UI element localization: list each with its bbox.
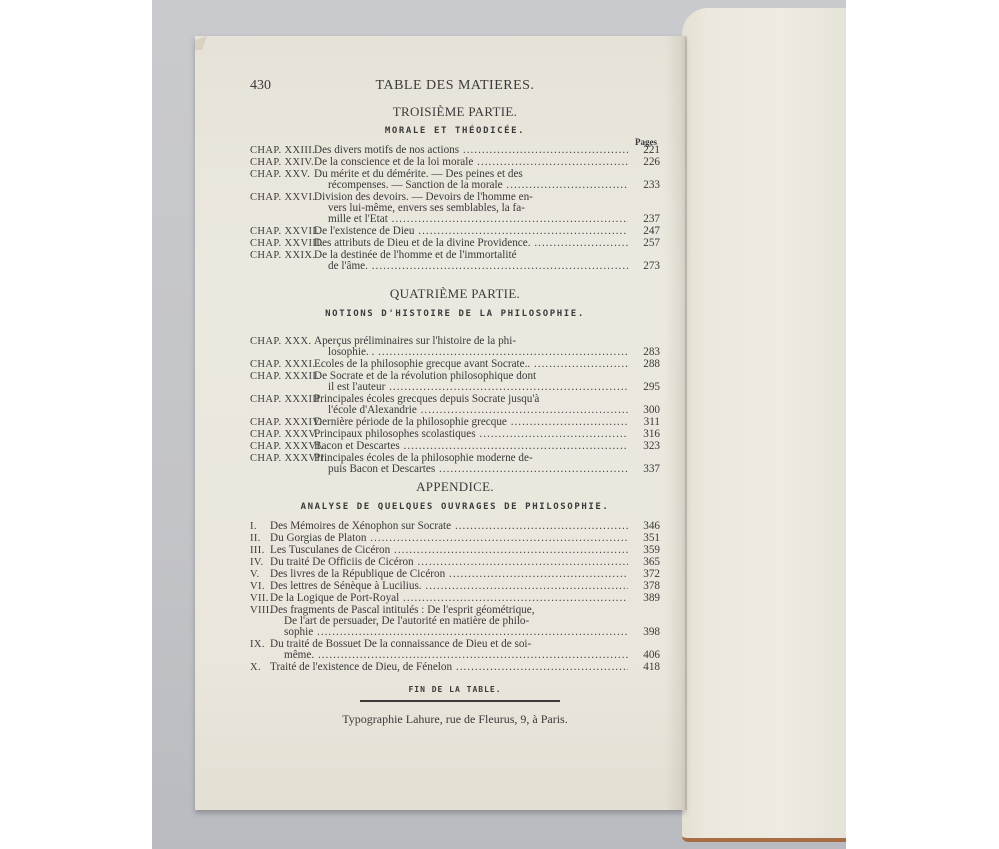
- entry-title-line: l'école d'Alexandrie: [314, 405, 628, 416]
- chapter-number: CHAP. XXXI.: [250, 359, 315, 370]
- entry-title: De la Logique de Port-Royal: [270, 593, 628, 604]
- entry-title: Division des devoirs. — Devoirs de l'hom…: [314, 192, 628, 225]
- chapter-number: III.: [250, 545, 265, 556]
- page-reference: 295: [643, 382, 660, 393]
- part-heading: QUATRIÈME PARTIE.: [250, 286, 660, 302]
- entry-title-line: Des fragments de Pascal intitulés : De l…: [270, 605, 628, 616]
- entry-title: Écoles de la philosophie grecque avant S…: [314, 359, 628, 370]
- entry-title: Traité de l'existence de Dieu, de Fénelo…: [270, 662, 628, 673]
- page-reference: 226: [643, 157, 660, 168]
- chapter-number: VI.: [250, 581, 265, 592]
- entry-title-line: De Socrate et de la révolution philosoph…: [314, 371, 628, 382]
- chapter-number: CHAP. XXXII.: [250, 371, 319, 382]
- page-reference: 359: [643, 545, 660, 556]
- entry-title: Des fragments de Pascal intitulés : De l…: [270, 605, 628, 638]
- entry-title: Principales écoles grecques depuis Socra…: [314, 394, 628, 416]
- entry-title-line: Dernière période de la philosophie grecq…: [314, 417, 628, 428]
- entry-title: Des Mémoires de Xénophon sur Socrate: [270, 521, 628, 532]
- entry-title-line: Bacon et Descartes: [314, 441, 628, 452]
- entry-title-line: De l'art de persuader, De l'autorité en …: [270, 616, 628, 627]
- entry-title-line: Principales écoles de la philosophie mod…: [314, 453, 628, 464]
- entry-title-line: Division des devoirs. — Devoirs de l'hom…: [314, 192, 628, 203]
- part-heading: TROISIÈME PARTIE.: [250, 104, 660, 120]
- chapter-number: CHAP. XXIII.: [250, 145, 315, 156]
- entry-title-line: vers lui-même, envers ses semblables, la…: [314, 203, 628, 214]
- end-of-table-note: FIN DE LA TABLE.: [250, 685, 660, 694]
- printer-colophon: Typographie Lahure, rue de Fleurus, 9, à…: [250, 712, 660, 727]
- page-reference: 418: [643, 662, 660, 673]
- entry-title: De Socrate et de la révolution philosoph…: [314, 371, 628, 393]
- chapter-number: CHAP. XXVII.: [250, 226, 319, 237]
- entry-title-line: De l'existence de Dieu: [314, 226, 628, 237]
- entry-title-line: Des livres de la République de Cicéron: [270, 569, 628, 580]
- entry-title-line: Principaux philosophes scolastiques: [314, 429, 628, 440]
- page-reference: 323: [643, 441, 660, 452]
- part-subtitle: NOTIONS D'HISTOIRE DE LA PHILOSOPHIE.: [250, 309, 660, 319]
- entry-title-line: Du traité de Bossuet De la connaissance …: [270, 639, 628, 650]
- entry-title: Principales écoles de la philosophie mod…: [314, 453, 628, 475]
- page-reference: 346: [643, 521, 660, 532]
- entry-title: Des divers motifs de nos actions: [314, 145, 628, 156]
- entry-title: Du Gorgias de Platon: [270, 533, 628, 544]
- chapter-number: V.: [250, 569, 260, 580]
- chapter-number: CHAP. XXXIV.: [250, 417, 322, 428]
- entry-title-line: récompenses. — Sanction de la morale: [314, 180, 628, 191]
- chapter-number: CHAP. XXVI.: [250, 192, 315, 203]
- book-photo: 430 TABLE DES MATIERES. TROISIÈME PARTIE…: [152, 0, 846, 849]
- page-reference: 273: [643, 261, 660, 272]
- entry-title-line: Du mérite et du démérite. — Des peines e…: [314, 169, 628, 180]
- entry-title: Des lettres de Sénèque à Lucilius.: [270, 581, 628, 592]
- entry-title-line: puis Bacon et Descartes: [314, 464, 628, 475]
- page-reference: 372: [643, 569, 660, 580]
- entry-title: De la conscience et de la loi morale: [314, 157, 628, 168]
- entry-title-line: Des attributs de Dieu et de la divine Pr…: [314, 238, 628, 249]
- entry-title-line: Aperçus préliminaires sur l'histoire de …: [314, 336, 628, 347]
- entry-title-line: Des Mémoires de Xénophon sur Socrate: [270, 521, 628, 532]
- page-reference: 247: [643, 226, 660, 237]
- entry-title: Du traité de Bossuet De la connaissance …: [270, 639, 628, 661]
- page-reference: 288: [643, 359, 660, 370]
- chapter-number: CHAP. XXV.: [250, 169, 310, 180]
- entry-title-line: Du traité De Officiis de Cicéron: [270, 557, 628, 568]
- page-reference: 351: [643, 533, 660, 544]
- page-reference: 300: [643, 405, 660, 416]
- entry-title-line: losophie. .: [314, 347, 628, 358]
- entry-title-line: il est l'auteur: [314, 382, 628, 393]
- entry-title: Dernière période de la philosophie grecq…: [314, 417, 628, 428]
- torn-corner: [195, 36, 207, 50]
- entry-title-line: mille et l'État: [314, 214, 628, 225]
- entry-title-line: Des divers motifs de nos actions: [314, 145, 628, 156]
- entry-title: Principaux philosophes scolastiques: [314, 429, 628, 440]
- entry-title: Du mérite et du démérite. — Des peines e…: [314, 169, 628, 191]
- entry-title: Les Tusculanes de Cicéron: [270, 545, 628, 556]
- page-reference: 365: [643, 557, 660, 568]
- entry-title-line: De la destinée de l'homme et de l'immort…: [314, 250, 628, 261]
- entry-title: Aperçus préliminaires sur l'histoire de …: [314, 336, 628, 358]
- chapter-number: CHAP. XXXV.: [250, 429, 318, 440]
- entry-title-line: Les Tusculanes de Cicéron: [270, 545, 628, 556]
- entry-title: De la destinée de l'homme et de l'immort…: [314, 250, 628, 272]
- entry-title: Des livres de la République de Cicéron: [270, 569, 628, 580]
- page-reference: 221: [643, 145, 660, 156]
- chapter-number: I.: [250, 521, 257, 532]
- entry-title-line: Traité de l'existence de Dieu, de Fénelo…: [270, 662, 628, 673]
- chapter-number: CHAP. XXX.: [250, 336, 311, 347]
- page-reference: 257: [643, 238, 660, 249]
- chapter-number: CHAP. XXVIII.: [250, 238, 323, 249]
- entry-title: Bacon et Descartes: [314, 441, 628, 452]
- entry-title-line: sophie: [270, 627, 628, 638]
- entry-title: Du traité De Officiis de Cicéron: [270, 557, 628, 568]
- page-reference: 237: [643, 214, 660, 225]
- chapter-number: II.: [250, 533, 261, 544]
- chapter-number: IX.: [250, 639, 265, 650]
- entry-title-line: Des lettres de Sénèque à Lucilius.: [270, 581, 628, 592]
- page-reference: 389: [643, 593, 660, 604]
- page-reference: 398: [643, 627, 660, 638]
- page-reference: 283: [643, 347, 660, 358]
- entry-title: Des attributs de Dieu et de la divine Pr…: [314, 238, 628, 249]
- entry-title-line: De la Logique de Port-Royal: [270, 593, 628, 604]
- chapter-number: X.: [250, 662, 261, 673]
- page-reference: 337: [643, 464, 660, 475]
- entry-title-line: Écoles de la philosophie grecque avant S…: [314, 359, 628, 370]
- page-gutter-shadow: [665, 36, 687, 810]
- part-heading: APPENDICE.: [250, 479, 660, 495]
- entry-title-line: De la conscience et de la loi morale: [314, 157, 628, 168]
- divider-rule: [360, 700, 560, 702]
- part-subtitle: MORALE ET THÉODICÉE.: [250, 126, 660, 136]
- entry-title-line: Du Gorgias de Platon: [270, 533, 628, 544]
- page-reference: 233: [643, 180, 660, 191]
- chapter-number: CHAP. XXIV.: [250, 157, 314, 168]
- chapter-number: IV.: [250, 557, 264, 568]
- chapter-number: CHAP. XXXVI.: [250, 441, 323, 452]
- entry-title-line: de l'âme.: [314, 261, 628, 272]
- right-page: [682, 8, 846, 842]
- chapter-number: VII.: [250, 593, 269, 604]
- chapter-number: CHAP. XXXIII.: [250, 394, 323, 405]
- left-page: 430 TABLE DES MATIERES. TROISIÈME PARTIE…: [195, 36, 685, 810]
- entry-title-line: même.: [270, 650, 628, 661]
- page-reference: 378: [643, 581, 660, 592]
- part-subtitle: ANALYSE DE QUELQUES OUVRAGES DE PHILOSOP…: [250, 502, 660, 512]
- entry-title-line: Principales écoles grecques depuis Socra…: [314, 394, 628, 405]
- page-reference: 406: [643, 650, 660, 661]
- running-title: TABLE DES MATIERES.: [250, 78, 660, 94]
- entry-title: De l'existence de Dieu: [314, 226, 628, 237]
- page-reference: 311: [644, 417, 660, 428]
- chapter-number: CHAP. XXIX.: [250, 250, 315, 261]
- page-reference: 316: [643, 429, 660, 440]
